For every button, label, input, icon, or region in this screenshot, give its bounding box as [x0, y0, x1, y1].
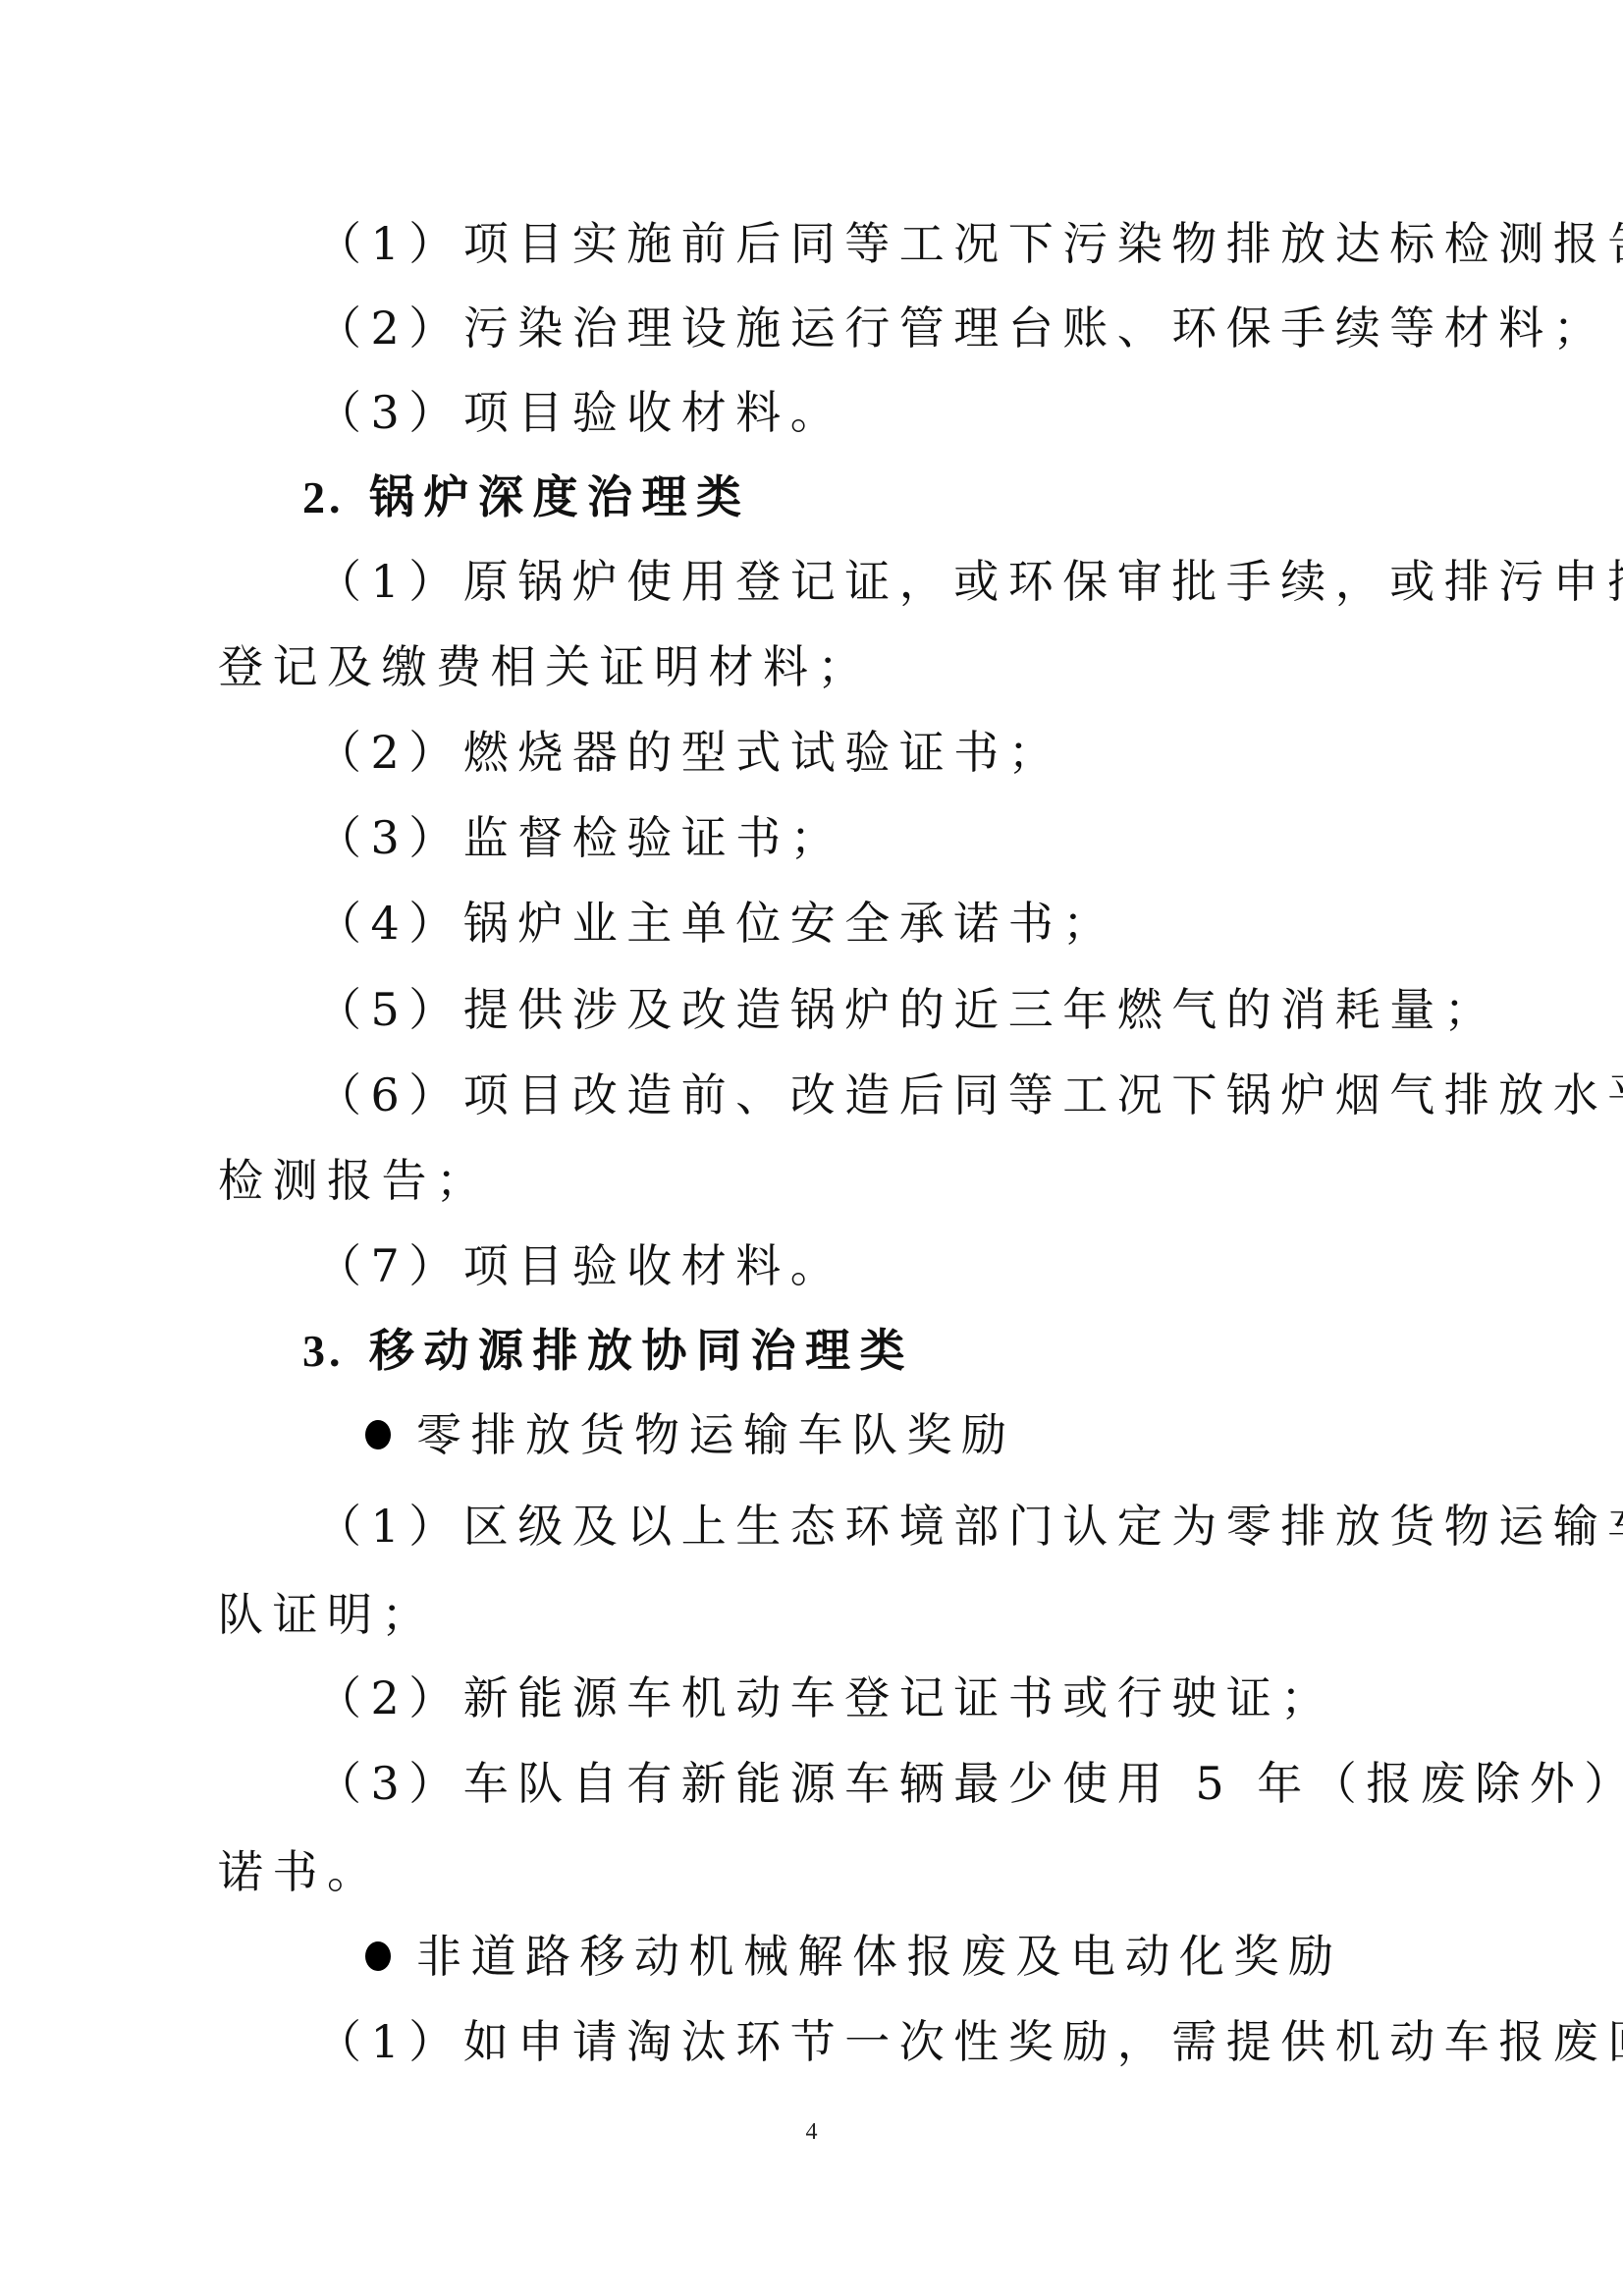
list-item: （3）监督检验证书； [0, 795, 1623, 880]
list-item: （1）如申请淘汰环节一次性奖励，需提供机动车报废回 [0, 1999, 1623, 2084]
section-number: 2. [302, 472, 345, 522]
bullet-icon [365, 1420, 391, 1449]
bullet-item: 零排放货物运输车队奖励 [0, 1393, 1623, 1477]
list-item-continuation: 诺书。 [0, 1830, 1623, 1914]
list-item: （6）项目改造前、改造后同等工况下锅炉烟气排放水平 [0, 1053, 1623, 1137]
list-item: （2）新能源车机动车登记证书或行驶证； [0, 1656, 1623, 1740]
list-item: （4）锅炉业主单位安全承诺书； [0, 881, 1623, 965]
list-item-continuation: 队证明； [0, 1572, 1623, 1657]
list-item: （7）项目验收材料。 [0, 1224, 1623, 1308]
list-item: （1）项目实施前后同等工况下污染物排放达标检测报告； [0, 201, 1623, 286]
bullet-text: 非道路移动机械解体报废及电动化奖励 [416, 1930, 1343, 1983]
list-item: （5）提供涉及改造锅炉的近三年燃气的消耗量； [0, 967, 1623, 1052]
bullet-item: 非道路移动机械解体报废及电动化奖励 [0, 1914, 1623, 1998]
section-number: 3. [302, 1326, 345, 1376]
section-heading: 2. 锅炉深度治理类 [0, 455, 1623, 539]
list-item: （1）区级及以上生态环境部门认定为零排放货物运输车 [0, 1484, 1623, 1568]
list-item: （3）车队自有新能源车辆最少使用 5 年（报废除外）承 [0, 1741, 1623, 1826]
list-item: （1）原锅炉使用登记证，或环保审批手续，或排污申报 [0, 539, 1623, 624]
section-heading: 3. 移动源排放协同治理类 [0, 1308, 1623, 1393]
page-number: 4 [0, 2119, 1623, 2146]
list-item-continuation: 登记及缴费相关证明材料； [0, 625, 1623, 709]
list-item: （2）污染治理设施运行管理台账、环保手续等材料； [0, 286, 1623, 370]
section-title: 锅炉深度治理类 [369, 470, 751, 523]
list-item-continuation: 检测报告； [0, 1138, 1623, 1223]
list-item: （3）项目验收材料。 [0, 370, 1623, 455]
list-item: （2）燃烧器的型式试验证书； [0, 710, 1623, 794]
bullet-text: 零排放货物运输车队奖励 [416, 1408, 1016, 1461]
bullet-icon [365, 1941, 391, 1971]
document-page: （1）项目实施前后同等工况下污染物排放达标检测报告； （2）污染治理设施运行管理… [0, 0, 1623, 2296]
section-title: 移动源排放协同治理类 [369, 1324, 914, 1377]
